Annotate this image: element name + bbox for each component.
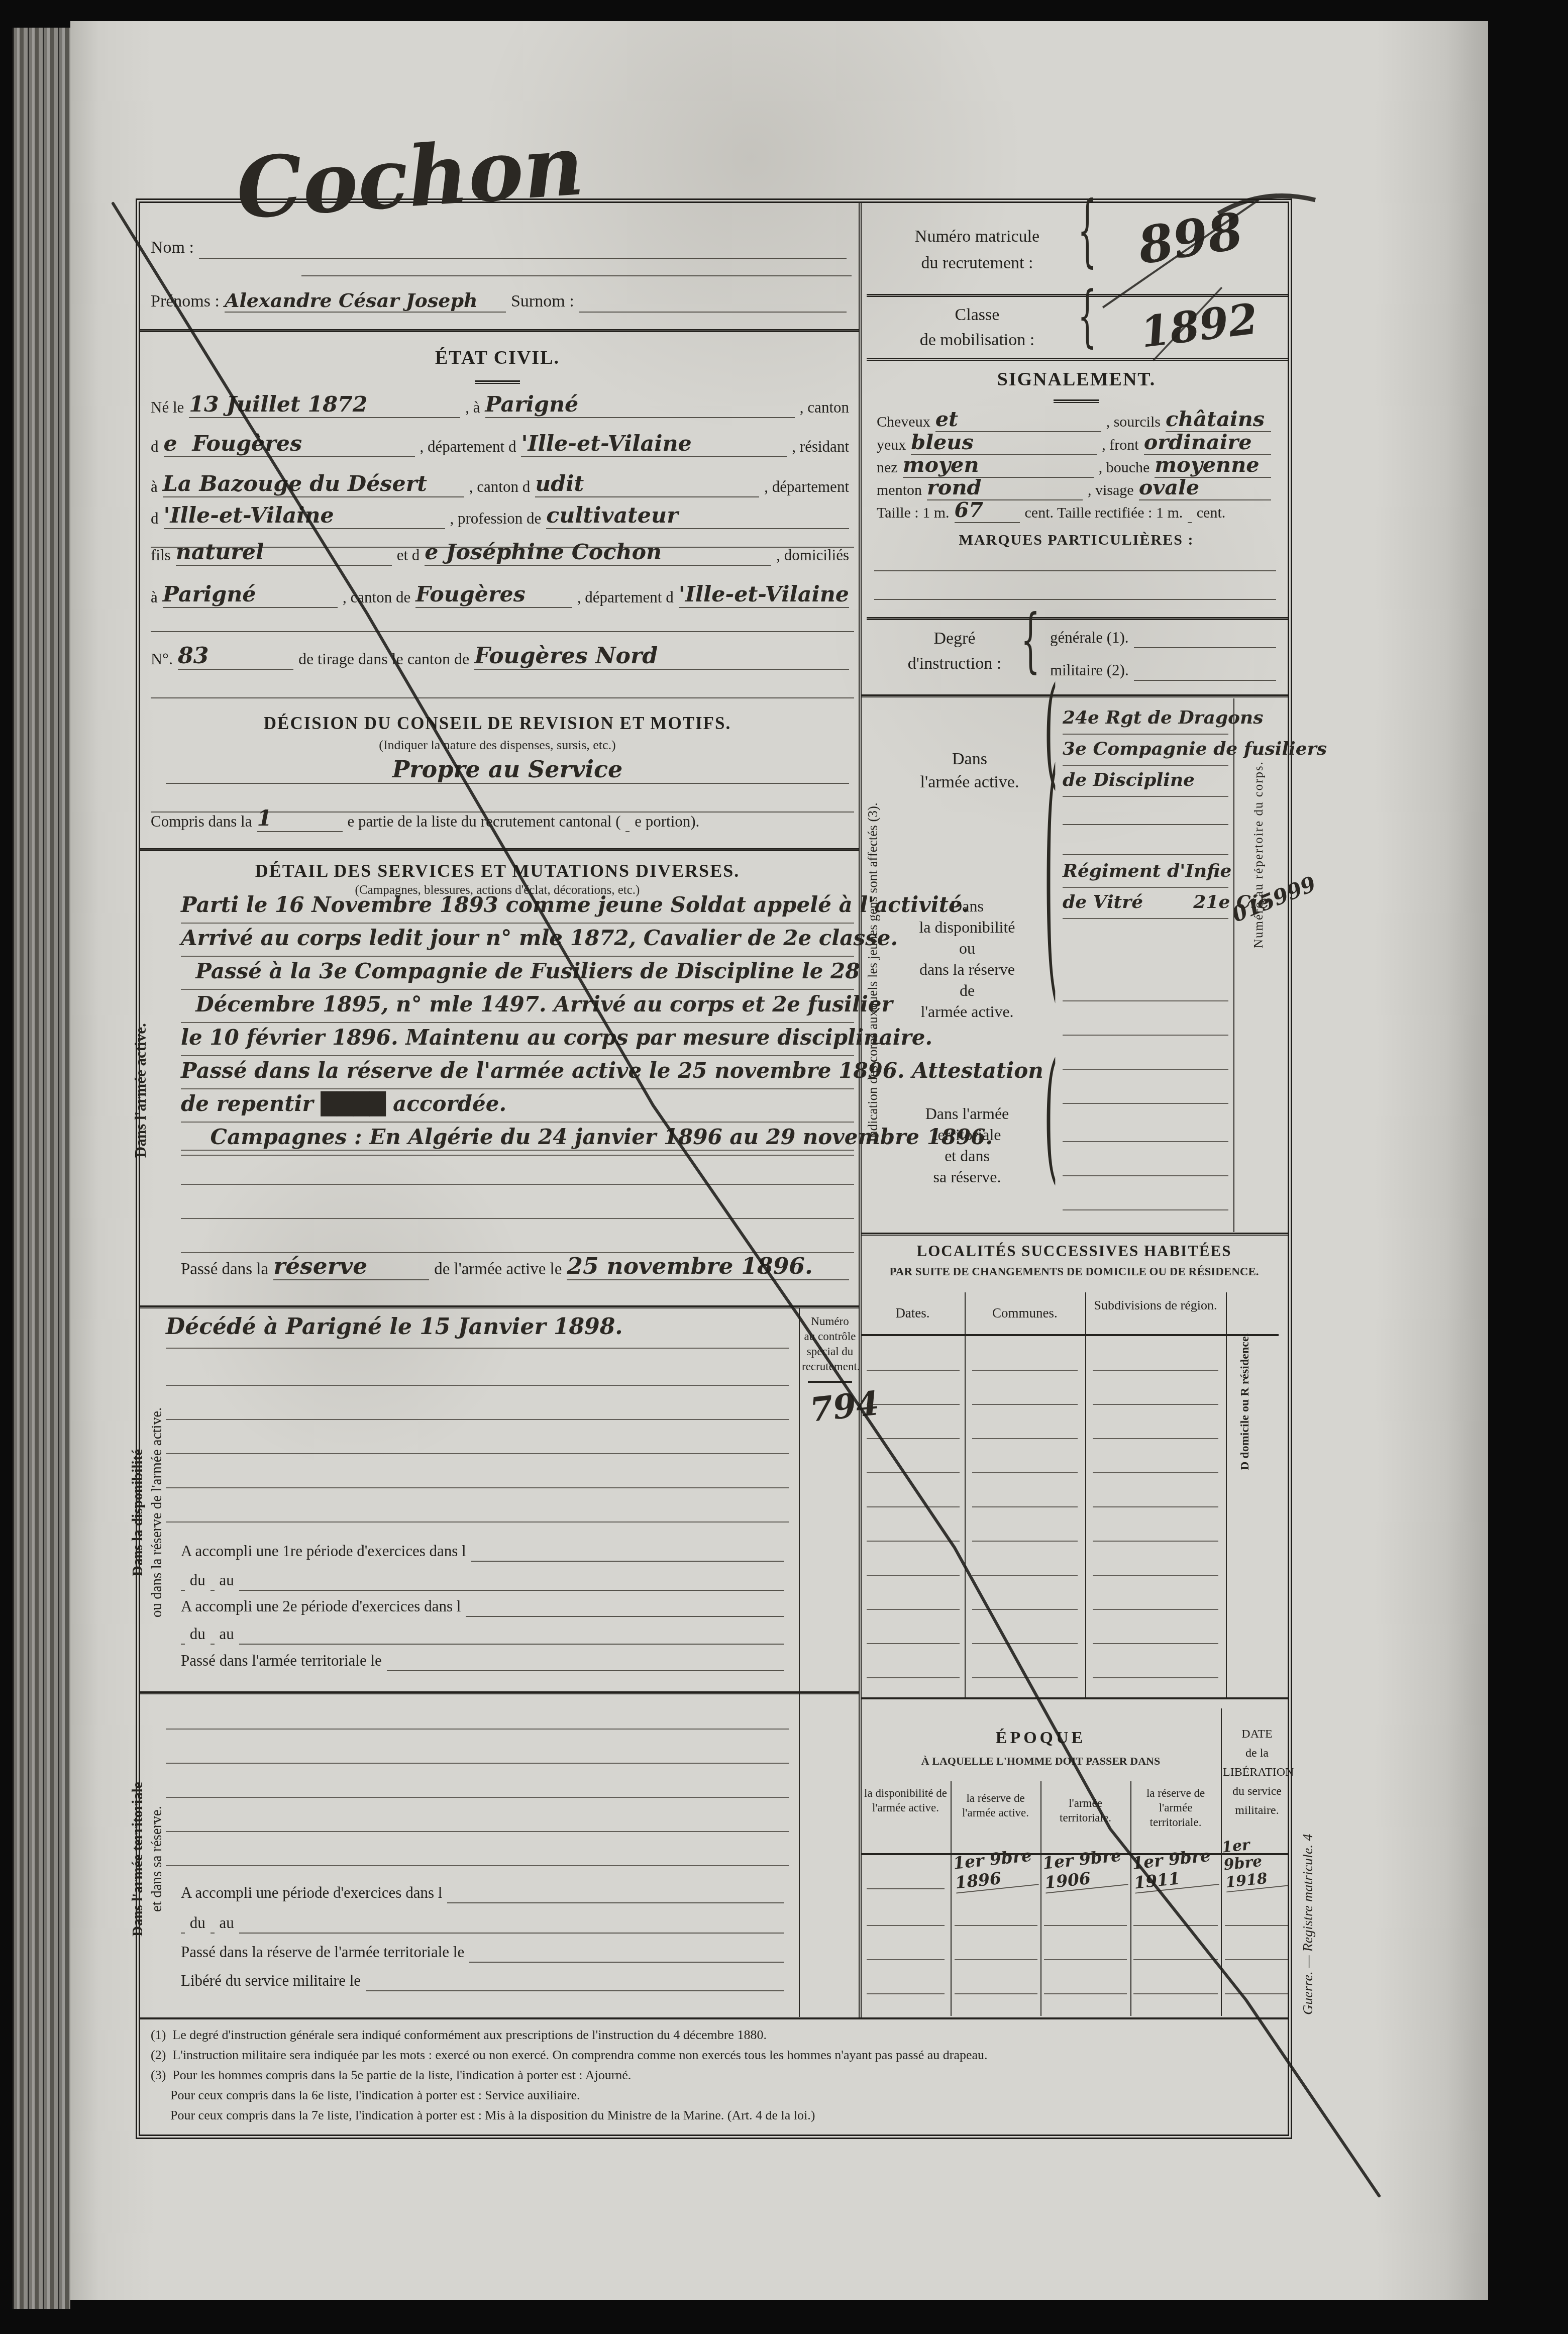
controle-rule [808,1381,852,1383]
localites-col-line-2 [1085,1292,1086,1697]
instruction-generale-label: générale (1). [1050,629,1129,648]
blank-rule [1063,824,1228,825]
localites-bottom-rule [861,1697,1288,1699]
blank-rule [874,570,1276,571]
periode2-du-au: du au [181,1615,789,1645]
decision-separator [140,848,859,851]
terr-empty-rules [166,1695,789,1866]
tirage-row: N°.83de tirage dans le canton deFougères… [151,626,854,670]
passe-territoriale-row: Passé dans l'armée territoriale le [181,1642,789,1671]
localites-col-line-1 [965,1292,966,1697]
localites-col-dates: Dates. [861,1305,965,1321]
surnom-label: Surnom : [511,292,574,313]
terr-label: Dans l'arméeterritorialeet danssa réserv… [894,1103,1040,1187]
instruction-generale-row: générale (1). [1050,622,1281,648]
etat-line-6: àParigné, canton deFougères, département… [151,573,854,608]
dispo-label: Dansla disponibilitéoudans la réservedel… [894,895,1040,1022]
localites-col-communes: Communes. [965,1305,1085,1321]
epoque-col-line-1 [951,1781,952,2016]
classe-brace: { [1078,283,1097,350]
book-page-edges [13,28,70,2309]
localites-header-rule [861,1334,1279,1336]
prenoms-value: Alexandre César Joseph [225,289,506,313]
epoque-title: ÉPOQUE [861,1729,1221,1748]
compris-row: Compris dans la1e partie de la liste du … [151,800,854,832]
signalement-row-1: Cheveuxet, sourcilschâtains [877,408,1276,432]
localites-subtitle: PAR SUITE DE CHANGEMENTS DE DOMICILE OU … [861,1265,1288,1278]
matricule-brace: { [1078,192,1097,270]
blank-rule [1063,854,1228,855]
margin-label-corps: Indication des corps auxquels les jeunes… [865,719,881,1226]
instruction-militaire-rule [1134,662,1276,681]
instruction-brace: { [1021,606,1040,675]
epoque-empty-2 [955,1892,1037,1994]
instruction-militaire-row: militaire (2). [1050,655,1281,681]
instruction-generale-rule [1134,629,1276,648]
epoque-date-col-line [1221,1708,1222,2016]
corps-separator [861,1233,1288,1236]
margin-label-terr-2: et dans sa réserve. [149,1708,165,2010]
nom-rule [199,239,847,259]
services-empty-rules [181,1117,854,1253]
armee-active-label: Dansl'armée active. [899,748,1040,794]
armee-active-lines: 24e Rgt de Dragons3e Compagnie de fusili… [1063,703,1228,797]
classe-label-2: de mobilisation : [879,331,1075,350]
epoque-col-header-2: la réserve de l'armée active. [952,1791,1039,1820]
footnotes: (1) Le degré d'instruction générale sera… [151,2025,1281,2125]
etat-line-3: àLa Bazouge du Désert, canton dudit, dép… [151,462,854,497]
etat-line-5: filsnaturelet de Joséphine Cochon, domic… [151,531,854,566]
signalement-separator [867,617,1288,620]
signalement-ornament [1054,399,1099,403]
nom-label: Nom : [151,238,194,259]
header-separator [140,329,859,332]
marques-title: MARQUES PARTICULIÈRES : [861,532,1292,549]
deces-line: Décédé à Parigné le 15 Janvier 1898. [166,1309,789,1349]
services-title: DÉTAIL DES SERVICES ET MUTATIONS DIVERSE… [136,860,859,881]
epoque-empty-5 [1225,1892,1288,1994]
blank-rule [151,697,854,698]
periode1-du-au: du au [181,1562,789,1591]
epoque-col-line-3 [1130,1781,1131,2016]
scanned-register-page: { "side_caption": "Guerre. — Registre ma… [0,0,1568,2334]
epoque-subtitle: À LAQUELLE L'HOMME DOIT PASSER DANS [861,1755,1221,1768]
matricule-separator [867,294,1288,297]
epoque-empty-4 [1133,1892,1218,1994]
dispo-brace: ( [1044,740,1058,1004]
surnom-rule [579,292,847,313]
signalement-title: SIGNALEMENT. [861,368,1292,390]
dispo-empty-rules [166,1352,789,1523]
signalement-row-4: mentonrond, visageovale [877,476,1276,500]
localites-col-dr: D domicile ou R résidence. [1238,1296,1252,1507]
blank-rule [874,599,1276,600]
signalement-row-2: yeuxbleus, frontordinaire [877,431,1276,455]
epoque-empty-1 [867,1892,945,1994]
reserve-active-row: Passé dans laréservede l'armée active le… [181,1245,854,1280]
etat-civil-title: ÉTAT CIVIL. [136,347,859,369]
prenoms-label: Prénoms : [151,292,220,313]
margin-label-terr-1: Dans l'armée territoriale [130,1708,146,2010]
localites-rows-dates [867,1337,960,1695]
reserve-terr-row: Passé dans la réserve de l'armée territo… [181,1934,789,1963]
classe-label-1: Classe [879,306,1075,325]
libere-row: Libéré du service militaire le [181,1962,789,1991]
footnotes-separator [140,2017,1288,2019]
matricule-label-1: Numéro matricule [879,227,1075,246]
classe-separator [867,358,1288,361]
instruction-label-1: Degré [889,629,1020,648]
instruction-separator [861,694,1288,697]
controle-column-border [799,1307,800,2017]
etat-line-1: Né le13 Juillet 1872, àParigné, canton [151,383,854,418]
epoque-date-label: DATEde laLIBÉRATIONdu servicemilitaire. [1223,1724,1291,1820]
etat-line-2: de Fougères, département d'Ille-et-Vilai… [151,422,854,457]
services-lines: Parti le 16 Novembre 1893 comme jeune So… [181,890,854,1156]
services-separator [140,1305,859,1308]
localites-rows-subdiv [1093,1337,1218,1695]
periode2-row: A accompli une 2e période d'exercices da… [181,1588,789,1617]
dispo-lines: Régiment d'Infiede Vitré 21e Cie [1063,857,1228,919]
signalement-row-3: nezmoyen, bouchemoyenne [877,454,1276,478]
epoque-col-header-1: la disponibilité de l'armée active. [862,1786,949,1815]
dispo-separator [140,1691,859,1694]
instruction-militaire-label: militaire (2). [1050,661,1129,681]
epoque-empty-3 [1044,1892,1127,1994]
repertoire-column-border [1233,698,1234,1232]
decision-title: DÉCISION DU CONSEIL DE REVISION ET MOTIF… [136,714,859,734]
epoque-col-header-3: l'armée territoriale. [1042,1796,1129,1825]
localites-col-subdiv: Subdivisions de région. [1085,1297,1226,1313]
prenoms-row: Prénoms : Alexandre César Joseph Surnom … [151,281,852,313]
etat-line-4: d'Ille-et-Vilaine, profession decultivat… [151,494,854,529]
terr-brace: ( [1044,1045,1058,1186]
blank-rule [301,275,852,276]
decision-value: Propre au Service [166,756,849,784]
localites-rows-communes [972,1337,1078,1695]
matricule-label-2: du recrutement : [879,254,1075,273]
dispo-corps-empty-rules [1063,967,1228,1104]
signalement-row-5: Taille : 1 m.67cent. Taille rectifiée : … [877,499,1276,523]
controle-label: Numéroau contrôlespécial durecrutement. [802,1314,858,1374]
decision-value-row: Propre au Service [166,743,854,784]
instruction-label-2: d'instruction : [889,654,1020,673]
margin-label-dispo-1: Dans la disponibilité [130,1337,146,1688]
margin-label-dispo-2: ou dans la réserve de l'armée active. [149,1327,165,1698]
localites-col-line-3 [1226,1292,1227,1697]
epoque-col-line-2 [1040,1781,1041,2016]
epoque-value-1 [867,1859,945,1889]
periode1-row: A accompli une 1re période d'exercices d… [181,1532,789,1562]
epoque-col-header-4: la réserve de l'armée territoriale. [1132,1786,1219,1830]
terr-corps-empty-rules [1063,1108,1228,1210]
periode3-du-au: du au [181,1904,789,1934]
periode3-row: A accompli une période d'exercices dans … [181,1873,789,1903]
localites-title: LOCALITÉS SUCCESSIVES HABITÉES [861,1242,1288,1260]
margin-label-armee-active: Dans l'armée active. [132,930,150,1251]
side-caption: Guerre. — Registre matricule. 4 [1300,1819,1316,2030]
